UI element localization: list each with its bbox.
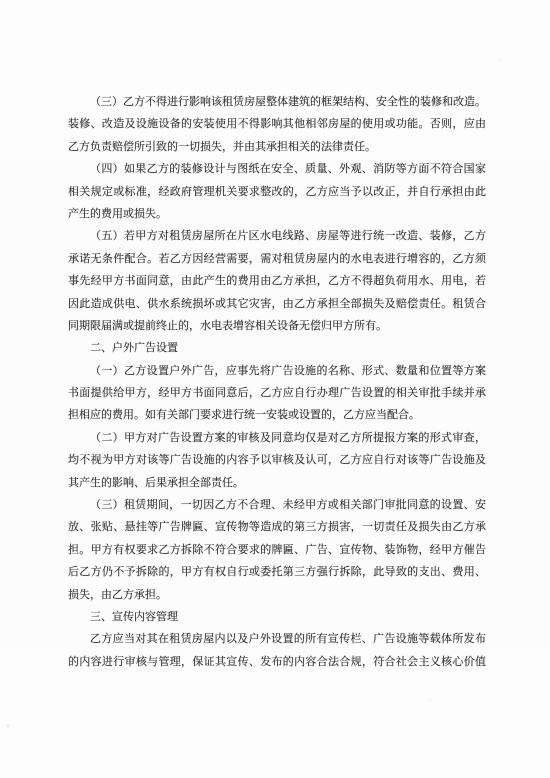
text-line: 乙方应当对其在租赁房屋内以及户外设置的所有宣传栏、广告设施等载体所发布 <box>68 628 486 650</box>
clause-3-renovation-restrictions: （三）乙方不得进行影响该租赁房屋整体建筑的框架结构、安全性的装修和改造。装修、改… <box>68 91 486 158</box>
text-line: 均不视为甲方对该等广告设施的内容予以审核及认可，乙方应自行对该等广告设施及 <box>68 449 486 471</box>
clause-ad-3-liability-and-removal: （三）租赁期间，一切因乙方不合理、未经甲方或相关部门审批同意的设置、安放、张贴、… <box>68 494 486 606</box>
clause-ad-2-formal-review-only: （二）甲方对广告设置方案的审核及同意均仅是对乙方所提报方案的形式审查，均不视为甲… <box>68 427 486 494</box>
text-line: 损失，由乙方承担。 <box>68 584 486 606</box>
document-page: （三）乙方不得进行影响该租赁房屋整体建筑的框架结构、安全性的装修和改造。装修、改… <box>0 0 550 778</box>
text-line: 承诺无条件配合。若乙方因经营需要，需对租赁房屋内的水电表进行增容的，乙方须 <box>68 248 486 270</box>
text-line: 后乙方仍不予拆除的，甲方有权自行或委托第三方强行拆除，此导致的支出、费用、 <box>68 561 486 583</box>
clause-5-utilities-capacity: （五）若甲方对租赁房屋所在片区水电线路、房屋等进行统一改造、装修，乙方承诺无条件… <box>68 225 486 337</box>
text-line: 担相应的费用。如有关部门要求进行统一安装或设置的，乙方应当配合。 <box>68 404 486 426</box>
text-line: 的内容进行审核与管理，保证其宣传、发布的内容合法合规，符合社会主义核心价值 <box>68 651 486 673</box>
text-line: （一）乙方设置户外广告，应事先将广告设施的名称、形式、数量和位置等方案 <box>68 360 486 382</box>
contract-text-block: （三）乙方不得进行影响该租赁房屋整体建筑的框架结构、安全性的装修和改造。装修、改… <box>68 91 486 673</box>
text-line: 装修、改造及设施设备的安装使用不得影响其他相邻房屋的使用或功能。否则，应由 <box>68 113 486 135</box>
clause-publicity-content-management: 乙方应当对其在租赁房屋内以及户外设置的所有宣传栏、广告设施等载体所发布的内容进行… <box>68 628 486 673</box>
text-line: 同期限届满或提前终止的，水电表增容相关设备无偿归甲方所有。 <box>68 315 486 337</box>
text-line: （四）如果乙方的装修设计与图纸在安全、质量、外观、消防等方面不符合国家 <box>68 158 486 180</box>
section-3-publicity-content-heading: 三、宣传内容管理 <box>68 606 486 628</box>
text-line: 其产生的影响、后果承担全部责任。 <box>68 472 486 494</box>
text-line: （三）租赁期间，一切因乙方不合理、未经甲方或相关部门审批同意的设置、安 <box>68 494 486 516</box>
text-line: 相关规定或标准，经政府管理机关要求整改的，乙方应当予以改正，并自行承担由此 <box>68 181 486 203</box>
text-line: （五）若甲方对租赁房屋所在片区水电线路、房屋等进行统一改造、装修，乙方 <box>68 225 486 247</box>
text-line: 乙方负责赔偿所引致的一切损失，并由其承担相关的法律责任。 <box>68 136 486 158</box>
text-line: 放、张贴、悬挂等广告牌匾、宣传物等造成的第三方损害，一切责任及损失由乙方承 <box>68 516 486 538</box>
text-line: 二、户外广告设置 <box>68 337 486 359</box>
clause-4-design-compliance: （四）如果乙方的装修设计与图纸在安全、质量、外观、消防等方面不符合国家相关规定或… <box>68 158 486 225</box>
text-line: 书面提供给甲方，经甲方书面同意后，乙方应自行办理广告设置的相关审批手续并承 <box>68 382 486 404</box>
text-line: （二）甲方对广告设置方案的审核及同意均仅是对乙方所提报方案的形式审查， <box>68 427 486 449</box>
clause-ad-1-approval-procedure: （一）乙方设置户外广告，应事先将广告设施的名称、形式、数量和位置等方案书面提供给… <box>68 360 486 427</box>
text-line: 事先经甲方书面同意，由此产生的费用由乙方承担，乙方不得超负荷用水、用电，若 <box>68 270 486 292</box>
section-2-outdoor-advertising-heading: 二、户外广告设置 <box>68 337 486 359</box>
text-line: 产生的费用或损失。 <box>68 203 486 225</box>
text-line: 因此造成供电、供水系统损坏或其它灾害，由乙方承担全部损失及赔偿责任。租赁合 <box>68 293 486 315</box>
text-line: 三、宣传内容管理 <box>68 606 486 628</box>
text-line: （三）乙方不得进行影响该租赁房屋整体建筑的框架结构、安全性的装修和改造。 <box>68 91 486 113</box>
text-line: 担。甲方有权要求乙方拆除不符合要求的牌匾、广告、宣传物、装饰物，经甲方催告 <box>68 539 486 561</box>
